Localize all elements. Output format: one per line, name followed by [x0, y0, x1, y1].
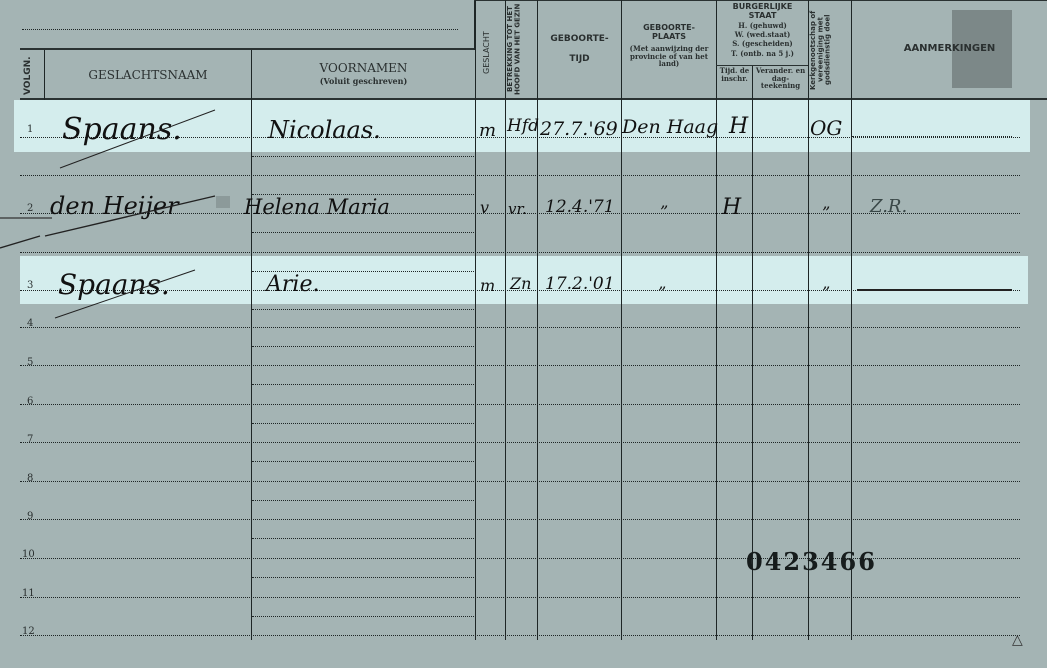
- corner-mark: △: [1012, 632, 1023, 648]
- pen-strokes: [0, 0, 1047, 668]
- serial-number-stamp: 0423466: [746, 547, 877, 576]
